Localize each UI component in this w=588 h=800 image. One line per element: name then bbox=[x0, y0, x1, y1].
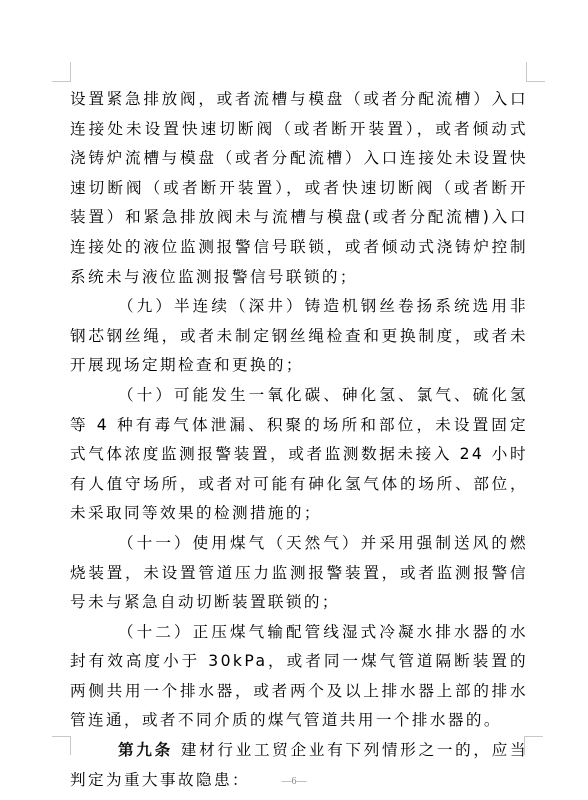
paragraph-item-10: （十）可能发生一氧化碳、砷化氢、氯气、硫化氢等 4 种有毒气体泄漏、积聚的场所和… bbox=[70, 381, 528, 529]
document-body: 设置紧急排放阀，或者流槽与模盘（或者分配流槽）入口连接处未设置快速切断阀（或者断… bbox=[70, 85, 528, 795]
page-number: —6— bbox=[0, 776, 588, 787]
paragraph-item-11: （十一）使用煤气（天然气）并采用强制送风的燃烧装置，未设置管道压力监测报警装置，… bbox=[70, 529, 528, 618]
paragraph-continuation: 设置紧急排放阀，或者流槽与模盘（或者分配流槽）入口连接处未设置快速切断阀（或者断… bbox=[70, 85, 528, 292]
paragraph-item-12: （十二）正压煤气输配管线湿式冷凝水排水器的水封有效高度小于 30kPa，或者同一… bbox=[70, 618, 528, 736]
paragraph-item-9: （九）半连续（深井）铸造机钢丝卷扬系统选用非钢芯钢丝绳，或者未制定钢丝绳检查和更… bbox=[70, 292, 528, 381]
document-page: 设置紧急排放阀，或者流槽与模盘（或者分配流槽）入口连接处未设置快速切断阀（或者断… bbox=[0, 0, 588, 800]
crop-mark-top-right bbox=[526, 62, 545, 82]
crop-mark-bottom-left bbox=[52, 736, 71, 755]
crop-mark-top-left bbox=[52, 62, 71, 82]
article-label: 第九条 bbox=[118, 741, 173, 759]
